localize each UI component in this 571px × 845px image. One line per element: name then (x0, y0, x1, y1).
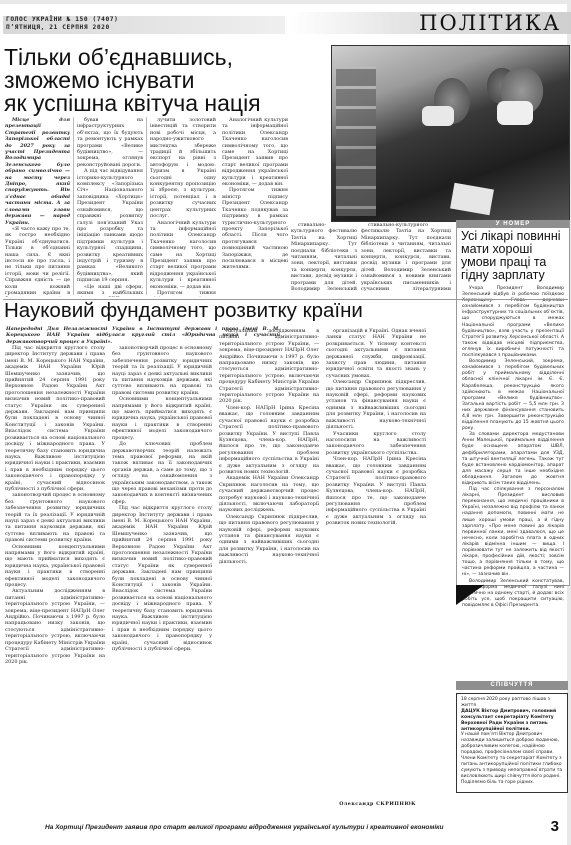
paragraph: Член-кор. НАПрН Ірина Кресіна вважає, що… (326, 456, 426, 526)
page-edge-top (0, 0, 571, 4)
headline-line: як успішна квітуча нація (4, 92, 284, 115)
paragraph: законотворчий процес в основному без ґру… (5, 492, 105, 543)
paragraph: У нашій пам’яті Віктор Дмитрович назавжд… (461, 732, 563, 756)
article2-column-1: Під час відкриття круглого столу директо… (5, 345, 105, 810)
page-footer: На Хортиці Президент заявив про старт ве… (0, 820, 571, 840)
paragraph: Аналогічний культури та інформаційної по… (222, 117, 288, 187)
paragraph: Член-кор. НАПрН Ірина Кресіна вважає, що… (219, 405, 319, 475)
paragraph: Під час відкриття круглого столу директо… (112, 505, 212, 652)
condolence-tag: СПІВЧУТТЯ (456, 681, 568, 690)
article1-photo (331, 45, 570, 222)
paragraph: До ключових проблем державотворчих теорі… (112, 441, 212, 505)
paragraph: 18 серпня 2020 року раптово пішов з житт… (461, 697, 563, 709)
article1-column-3b: Аналогічний культури та інформаційної по… (222, 117, 288, 297)
photo-face-mask (422, 106, 454, 126)
paragraph: За словами директора медустанови Анни Ма… (462, 432, 564, 487)
article2-headline: Науковий фундамент розвитку країни (4, 299, 363, 323)
paragraph: Поділяємо біль та горе рідних. (461, 780, 563, 786)
section-header: ПОЛІТИКА (290, 12, 571, 34)
headline-line: зможемо існувати (4, 69, 284, 92)
article2-column-4: організацій в Україні. Однак вченої ланк… (326, 328, 426, 798)
paragraph: Учора Президент Володимир Зеленський від… (462, 286, 564, 359)
paragraph: стивально-культурного фестивалю Tavria н… (291, 222, 357, 292)
paragraph: Олександр Скрипнюк підкреслив, що питанн… (326, 379, 426, 430)
paragraph: організацій в Україні. Однак вченої ланк… (326, 328, 426, 379)
page-fold-corner (456, 585, 484, 605)
headline-line: Тільки об’єднавшись, (4, 46, 284, 69)
article1-column-1: Місце для презентації Стратегії розвитку… (5, 117, 70, 297)
paragraph: Володимир Зеленський, зокрема, ознайомив… (462, 359, 564, 432)
section-title: ПОЛІТИКА (419, 11, 561, 35)
paragraph: «Я часто кажу про те, як гостро необхідн… (5, 226, 70, 297)
page-number: 3 (551, 818, 559, 835)
paragraph: Під час відкриття круглого столу директо… (5, 345, 105, 492)
paragraph: Під час спілкування з персоналом лікарні… (462, 487, 564, 578)
footer-tagline: На Хортиці Президент заявив про старт ве… (45, 824, 444, 831)
paragraph: Олександр Скрипнюк підкреслив, що питанн… (219, 514, 319, 565)
sidebar-tag: У НОМЕР (457, 220, 569, 228)
paragraph: Члени Комітету та секретаріат Комітету з… (461, 756, 563, 780)
paragraph: Актуальним дослідженням в питанні адміні… (5, 588, 105, 665)
article1-column-4: стивально-культурного фестивалю Tavria н… (291, 222, 357, 292)
condolence-body: 18 серпня 2020 року раптово пішов з житт… (456, 693, 568, 793)
newspaper-page: ГОЛОС УКРАЇНИ № 150 (7407) П’ЯТНИЦЯ, 21 … (0, 0, 571, 845)
column-divider (73, 117, 74, 295)
article2-column-3: Актуальним дослідженням в питанні адміні… (219, 328, 319, 810)
paragraph: «Це наші дві сфери, якими з найбільших м… (77, 284, 143, 297)
article1-column-3: лучити золотовий інвестицій та створити … (150, 117, 216, 297)
article1-headline: Тільки об’єднавшись, зможемо існувати як… (4, 46, 284, 115)
paragraph: бував на інфраструктурних об’єктах, що ї… (77, 117, 143, 168)
paragraph: Академік НАН України Олександр Скрипнюк … (219, 475, 319, 513)
photo-booklet (450, 183, 494, 216)
masthead-date: П’ЯТНИЦЯ, 21 СЕРПНЯ 2020 (3, 24, 285, 32)
paragraph: Основними концептуальними напрямами у йо… (5, 544, 105, 589)
paragraph: Основними концептуальними напрямами у йо… (112, 396, 212, 441)
paragraph: законотворчий процес в основному без ґру… (112, 345, 212, 396)
article1-column-5: стивально-культурного фестивалю Tavria н… (361, 222, 451, 292)
sidebar-in-issue: У НОМЕР Усі лікарі повинні мати хороші у… (456, 220, 570, 586)
paragraph: Протягом тижня міністр підпису Президент… (222, 187, 288, 270)
paragraph: Аналогічний культури та інформаційної по… (150, 220, 216, 290)
paragraph: Протягом тижня міністр підпису Президент… (150, 290, 216, 297)
photo-face-mask (497, 101, 533, 125)
sidebar-title: Усі лікарі повинні мати хороші умови пра… (457, 228, 569, 284)
paragraph: А під час відвідування історико-культурн… (77, 168, 143, 283)
column-divider (146, 117, 147, 295)
paragraph: ДАЦУК Віктор Дмитрович, головний консуль… (461, 709, 563, 733)
paragraph: стивально-культурного фестивалю Tavria н… (361, 222, 451, 292)
article1-column-2: бував на інфраструктурних об’єктах, що ї… (77, 117, 143, 297)
condolence-box: СПІВЧУТТЯ 18 серпня 2020 року раптово пі… (456, 681, 568, 806)
masthead: ГОЛОС УКРАЇНИ № 150 (7407) П’ЯТНИЦЯ, 21 … (3, 16, 285, 34)
paragraph: лучити золотовий інвестицій та створити … (150, 117, 216, 220)
photo-bookshelf (336, 66, 376, 216)
masthead-issue: ГОЛОС УКРАЇНИ № 150 (7407) (3, 16, 285, 24)
paragraph: Актуальним дослідженням в питанні адміні… (219, 328, 319, 405)
paragraph: Учасники круглого столу наголосили на ва… (326, 431, 426, 457)
article2-byline: Олександр СКРИПНЮК (326, 801, 416, 807)
article1-lead: Місце для презентації Стратегії розвитку… (5, 117, 70, 226)
sidebar-body: Учора Президент Володимир Зеленський від… (457, 284, 569, 611)
article2-column-2: законотворчий процес в основному без ґру… (112, 345, 212, 810)
